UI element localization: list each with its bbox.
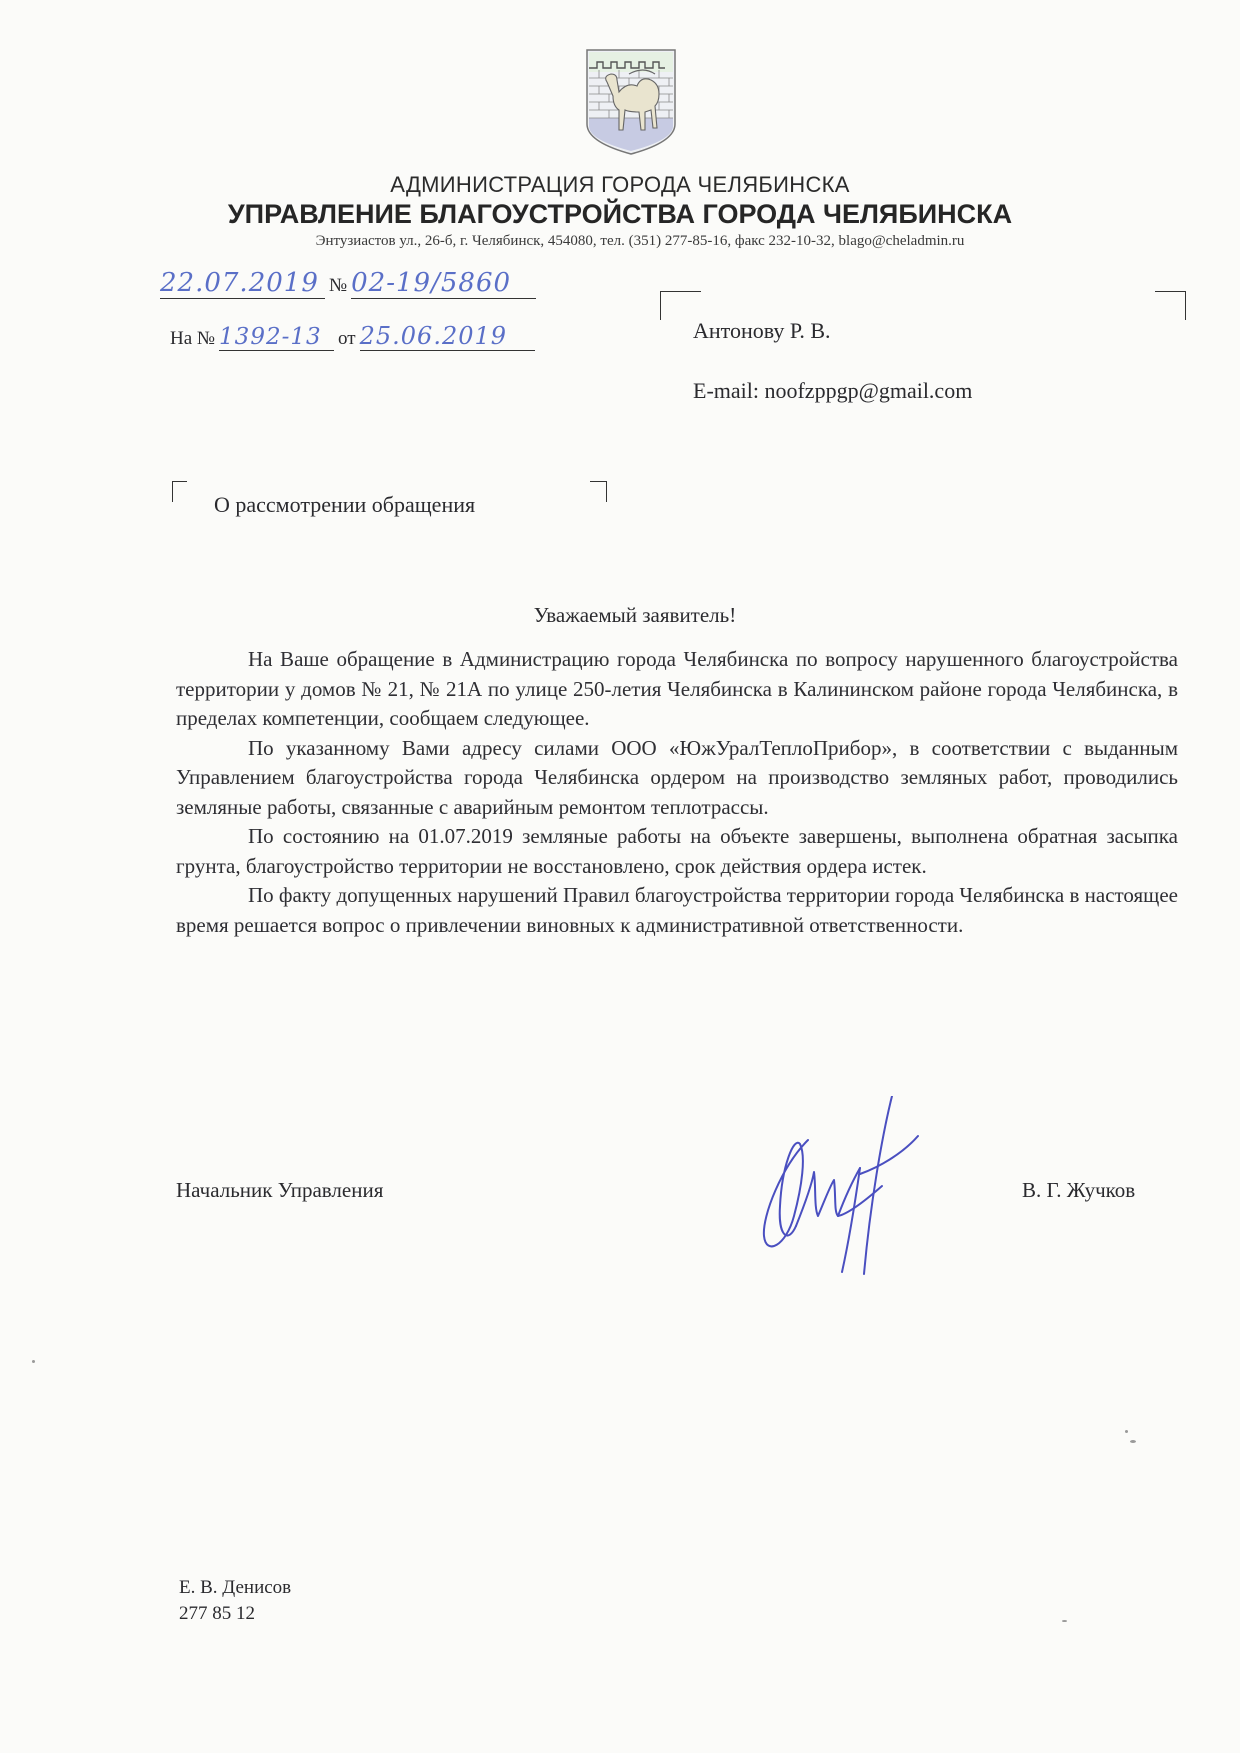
body-paragraph: По указанному Вами адресу силами ООО «Юж… xyxy=(176,734,1178,823)
reply-to-registration: На № 1392-13 от 25.06.2019 xyxy=(170,322,535,351)
reply-to-label: На № xyxy=(170,328,215,349)
scan-speck xyxy=(1130,1440,1136,1443)
executor-phone: 277 85 12 xyxy=(179,1603,255,1625)
subject-corner-right xyxy=(590,481,607,502)
body-paragraph: По факту допущенных нарушений Правил бла… xyxy=(176,881,1178,940)
chelyabinsk-coat-of-arms-icon xyxy=(581,46,681,158)
department-address: Энтузиастов ул., 26-б, г. Челябинск, 454… xyxy=(0,233,1240,250)
reply-to-number: 1392-13 xyxy=(219,324,334,351)
scan-speck xyxy=(1062,1620,1067,1622)
signer-name: В. Г. Жучков xyxy=(1022,1178,1135,1203)
body-paragraph: По состоянию на 01.07.2019 земляные рабо… xyxy=(176,822,1178,881)
recipient-corner-left xyxy=(660,291,701,320)
department-title: УПРАВЛЕНИЕ БЛАГОУСТРОЙСТВА ГОРОДА ЧЕЛЯБИ… xyxy=(0,199,1240,230)
outgoing-registration: 22.07.2019 № 02-19/5860 xyxy=(160,268,536,299)
handwritten-signature-icon xyxy=(742,1096,972,1286)
signer-role: Начальник Управления xyxy=(176,1178,383,1203)
letter-subject: О рассмотрении обращения xyxy=(214,492,475,518)
salutation: Уважаемый заявитель! xyxy=(0,603,1240,628)
recipient-corner-right xyxy=(1155,291,1186,320)
executor-name: Е. В. Денисов xyxy=(179,1577,291,1599)
recipient-email: E-mail: noofzppgp@gmail.com xyxy=(693,378,972,404)
subject-corner-left xyxy=(172,481,187,502)
reply-to-date: 25.06.2019 xyxy=(360,322,535,351)
scan-speck xyxy=(1125,1430,1128,1433)
administration-title: АДМИНИСТРАЦИЯ ГОРОДА ЧЕЛЯБИНСКА xyxy=(0,172,1240,198)
coat-of-arms-emblem xyxy=(581,46,681,158)
recipient-name: Антонову Р. В. xyxy=(693,318,831,344)
outgoing-date: 22.07.2019 xyxy=(160,268,325,299)
scan-speck xyxy=(32,1360,35,1363)
letter-body: На Ваше обращение в Администрацию города… xyxy=(176,645,1178,940)
body-paragraph: На Ваше обращение в Администрацию города… xyxy=(176,645,1178,734)
reply-from-label: от xyxy=(338,328,356,349)
outgoing-number: 02-19/5860 xyxy=(351,268,536,299)
number-label: № xyxy=(329,275,347,296)
